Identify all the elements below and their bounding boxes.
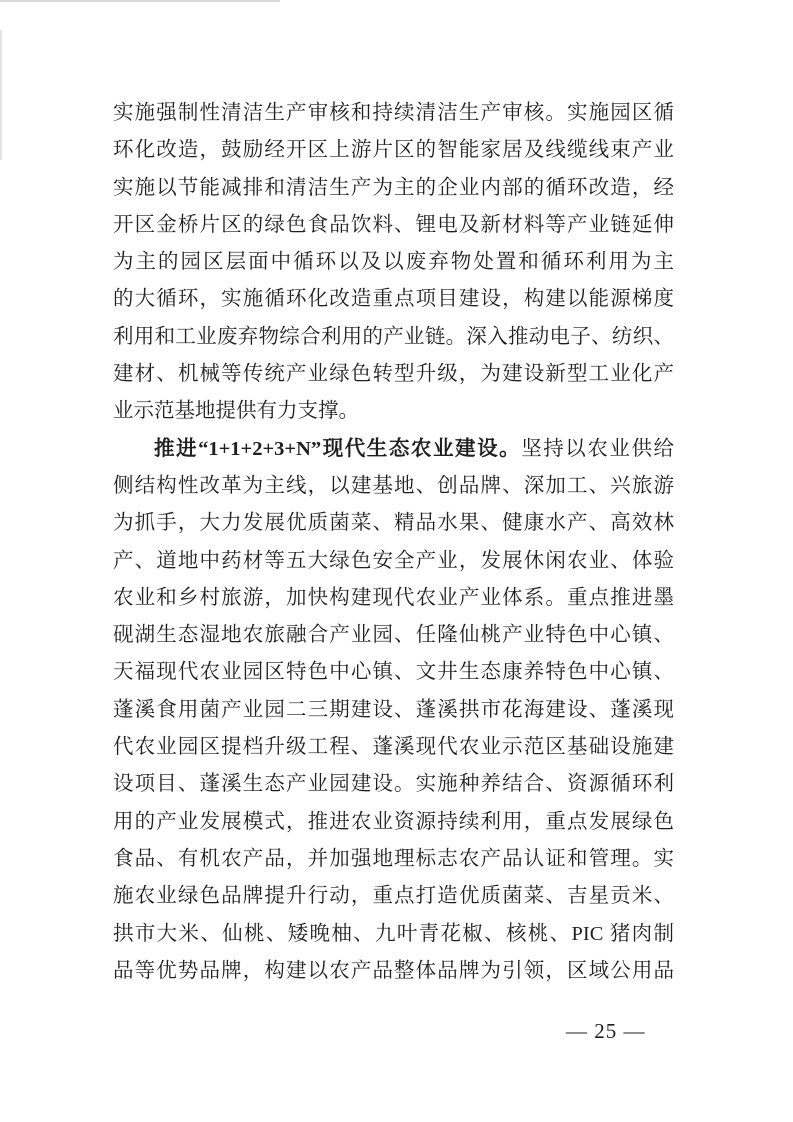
page-number: — 25 — (566, 1016, 646, 1046)
text-line: 砚湖生态湿地农旅融合产业园、任隆仙桃产业特色中心镇、 (113, 617, 674, 654)
scan-artifact-top-edge (0, 0, 280, 2)
bold-heading: 推进“1+1+2+3+N”现代生态农业建设。 (154, 438, 521, 460)
text-line: 利用和工业废弃物综合利用的产业链。深入推动电子、纺织、 (113, 319, 674, 356)
text-line: 开区金桥片区的绿色食品饮料、锂电及新材料等产业链延伸 (113, 207, 674, 244)
text-line: 的大循环，实施循环化改造重点项目建设，构建以能源梯度 (113, 281, 674, 318)
text-line: 设项目、蓬溪生态产业园建设。实施种养结合、资源循环利 (113, 766, 674, 803)
text-line: 用的产业发展模式，推进农业资源持续利用，重点发展绿色 (113, 804, 674, 841)
scan-artifact-left-edge (0, 30, 2, 160)
heading-line-rest: 坚持以农业供给 (521, 438, 674, 460)
text-line: 拱市大米、仙桃、矮晚柚、九叶青花椒、核桃、PIC 猪肉制 (113, 916, 674, 953)
text-line: 实施强制性清洁生产审核和持续清洁生产审核。实施园区循 (113, 95, 674, 132)
paragraph2-heading-line: 推进“1+1+2+3+N”现代生态农业建设。坚持以农业供给 (113, 431, 674, 468)
text-line: 为抓手，大力发展优质菌菜、精品水果、健康水产、高效林 (113, 505, 674, 542)
text-line: 天福现代农业园区特色中心镇、文井生态康养特色中心镇、 (113, 654, 674, 691)
text-line: 品等优势品牌，构建以农产品整体品牌为引领，区域公用品 (113, 953, 674, 990)
text-line: 蓬溪食用菌产业园二三期建设、蓬溪拱市花海建设、蓬溪现 (113, 692, 674, 729)
document-page: 实施强制性清洁生产审核和持续清洁生产审核。实施园区循 环化改造，鼓励经开区上游片… (0, 0, 793, 1122)
text-line: 为主的园区层面中循环以及以废弃物处置和循环利用为主 (113, 244, 674, 281)
text-line-paragraph-end: 业示范基地提供有力支撑。 (113, 393, 674, 430)
text-line: 农业和乡村旅游，加快构建现代农业产业体系。重点推进墨 (113, 580, 674, 617)
text-line: 代农业园区提档升级工程、蓬溪现代农业示范区基础设施建 (113, 729, 674, 766)
text-line: 环化改造，鼓励经开区上游片区的智能家居及线缆线束产业 (113, 132, 674, 169)
text-line: 施农业绿色品牌提升行动，重点打造优质菌菜、吉星贡米、 (113, 878, 674, 915)
text-line: 侧结构性改革为主线，以建基地、创品牌、深加工、兴旅游 (113, 468, 674, 505)
text-line: 建材、机械等传统产业绿色转型升级，为建设新型工业化产 (113, 356, 674, 393)
text-line: 实施以节能减排和清洁生产为主的企业内部的循环改造，经 (113, 170, 674, 207)
text-line: 产、道地中药材等五大绿色安全产业，发展休闲农业、体验 (113, 543, 674, 580)
body-text: 实施强制性清洁生产审核和持续清洁生产审核。实施园区循 环化改造，鼓励经开区上游片… (113, 95, 674, 990)
text-line: 食品、有机农产品，并加强地理标志农产品认证和管理。实 (113, 841, 674, 878)
